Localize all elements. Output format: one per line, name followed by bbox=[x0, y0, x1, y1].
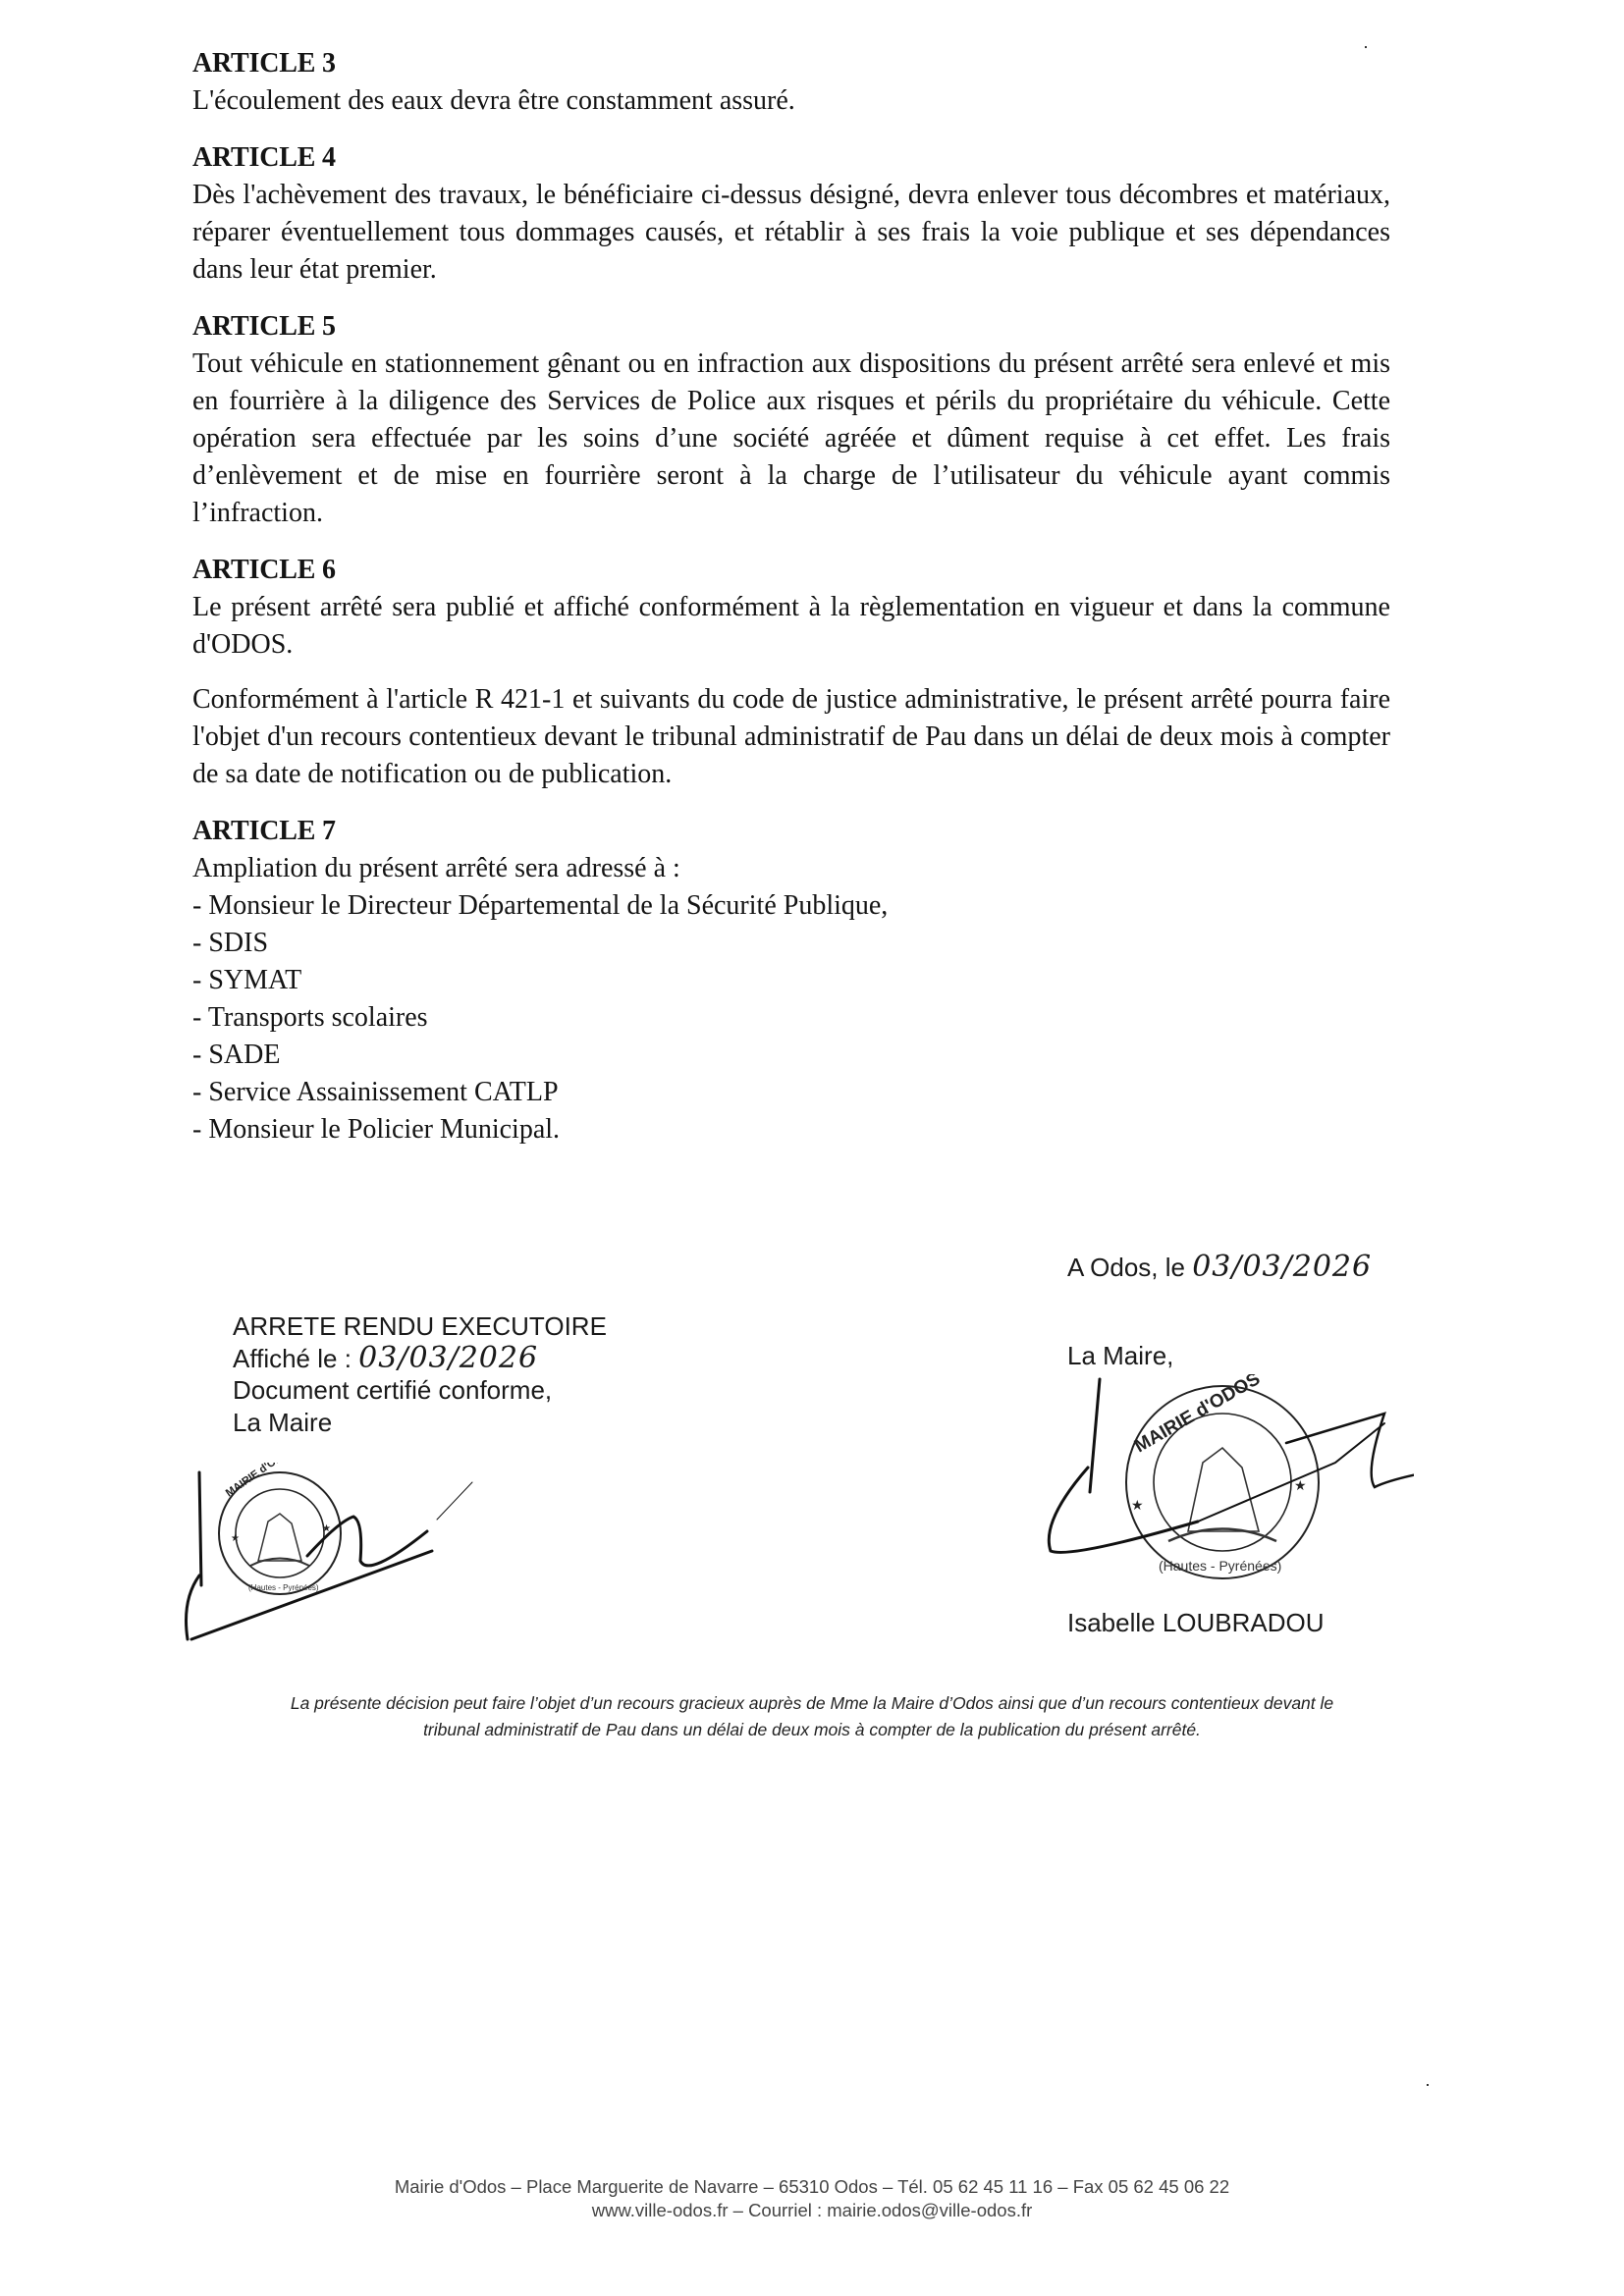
article-paragraph: Le présent arrêté sera publié et affiché… bbox=[192, 589, 1390, 664]
article-7: ARTICLE 7 Ampliation du présent arrêté s… bbox=[192, 813, 1390, 1148]
footer-address: Mairie d'Odos – Place Marguerite de Nava… bbox=[0, 2175, 1624, 2199]
executory-title: ARRETE RENDU EXECUTOIRE bbox=[233, 1310, 607, 1343]
document-page: ARTICLE 3 L'écoulement des eaux devra êt… bbox=[0, 0, 1624, 2296]
recipient-item: - SYMAT bbox=[192, 962, 1390, 999]
scan-speck bbox=[1427, 2084, 1429, 2086]
place-date-line: A Odos, le 03/03/2026 bbox=[1067, 1252, 1372, 1283]
article-4: ARTICLE 4 Dès l'achèvement des travaux, … bbox=[192, 139, 1390, 289]
posted-label: Affiché le : bbox=[233, 1344, 358, 1373]
place-label: A Odos, le bbox=[1067, 1253, 1192, 1282]
recipient-list: - Monsieur le Directeur Départemental de… bbox=[192, 887, 1390, 1148]
mayor-name: Isabelle LOUBRADOU bbox=[1067, 1607, 1372, 1638]
recipient-item: - SDIS bbox=[192, 925, 1390, 962]
footer-contact: www.ville-odos.fr – Courriel : mairie.od… bbox=[0, 2199, 1624, 2222]
official-seal-icon: MAIRIE d'ODOS (Hautes - Pyrénées) ★ ★ bbox=[1126, 1374, 1319, 1578]
posted-date-handwritten: 03/03/2026 bbox=[358, 1341, 538, 1375]
svg-text:★: ★ bbox=[231, 1533, 240, 1544]
article-heading: ARTICLE 3 bbox=[192, 45, 1390, 82]
article-6: ARTICLE 6 Le présent arrêté sera publié … bbox=[192, 552, 1390, 793]
article-paragraph: Conformément à l'article R 421-1 et suiv… bbox=[192, 681, 1390, 793]
article-3: ARTICLE 3 L'écoulement des eaux devra êt… bbox=[192, 45, 1390, 120]
article-5: ARTICLE 5 Tout véhicule en stationnement… bbox=[192, 308, 1390, 532]
recipient-item: - Service Assainissement CATLP bbox=[192, 1074, 1390, 1111]
signature-stroke-icon bbox=[1049, 1379, 1414, 1552]
article-heading: ARTICLE 7 bbox=[192, 813, 1390, 850]
svg-text:(Hautes - Pyrénées): (Hautes - Pyrénées) bbox=[1159, 1558, 1281, 1574]
official-seal-icon: MAIRIE d'ODOS (Hautes - Pyrénées) ★ ★ bbox=[219, 1463, 341, 1594]
articles-body: ARTICLE 3 L'écoulement des eaux devra êt… bbox=[192, 45, 1390, 1168]
scan-speck bbox=[1365, 46, 1367, 48]
recipient-item: - Transports scolaires bbox=[192, 999, 1390, 1037]
certified-line: Document certifié conforme, bbox=[233, 1374, 607, 1407]
signature-date-handwritten: 03/03/2026 bbox=[1192, 1250, 1372, 1284]
executory-block: ARRETE RENDU EXECUTOIRE Affiché le : 03/… bbox=[233, 1310, 607, 1438]
appeal-notice: La présente décision peut faire l’objet … bbox=[157, 1690, 1467, 1743]
article-heading: ARTICLE 6 bbox=[192, 552, 1390, 589]
mayor-title: La Maire, bbox=[1067, 1340, 1372, 1371]
recipient-item: - SADE bbox=[192, 1037, 1390, 1074]
svg-text:★: ★ bbox=[1131, 1499, 1144, 1514]
svg-text:(Hautes - Pyrénées): (Hautes - Pyrénées) bbox=[248, 1583, 319, 1592]
appeal-notice-line: La présente décision peut faire l’objet … bbox=[157, 1690, 1467, 1717]
recipient-item: - Monsieur le Directeur Départemental de… bbox=[192, 887, 1390, 925]
article-heading: ARTICLE 5 bbox=[192, 308, 1390, 346]
mayor-label: La Maire bbox=[233, 1407, 607, 1439]
mayor-seal-signature-left: MAIRIE d'ODOS (Hautes - Pyrénées) ★ ★ bbox=[182, 1463, 515, 1649]
posted-line: Affiché le : 03/03/2026 bbox=[233, 1343, 607, 1375]
recipient-item: - Monsieur le Policier Municipal. bbox=[192, 1111, 1390, 1148]
article-paragraph: L'écoulement des eaux devra être constam… bbox=[192, 82, 1390, 120]
page-footer: Mairie d'Odos – Place Marguerite de Nava… bbox=[0, 2175, 1624, 2222]
article-paragraph: Dès l'achèvement des travaux, le bénéfic… bbox=[192, 177, 1390, 289]
article-intro: Ampliation du présent arrêté sera adress… bbox=[192, 850, 1390, 887]
mayor-seal-signature-right: MAIRIE d'ODOS (Hautes - Pyrénées) ★ ★ bbox=[1041, 1374, 1414, 1590]
appeal-notice-line: tribunal administratif de Pau dans un dé… bbox=[157, 1717, 1467, 1743]
svg-text:MAIRIE d'ODOS: MAIRIE d'ODOS bbox=[1131, 1374, 1264, 1457]
svg-text:★: ★ bbox=[1294, 1479, 1307, 1494]
article-paragraph: Tout véhicule en stationnement gênant ou… bbox=[192, 346, 1390, 532]
article-heading: ARTICLE 4 bbox=[192, 139, 1390, 177]
